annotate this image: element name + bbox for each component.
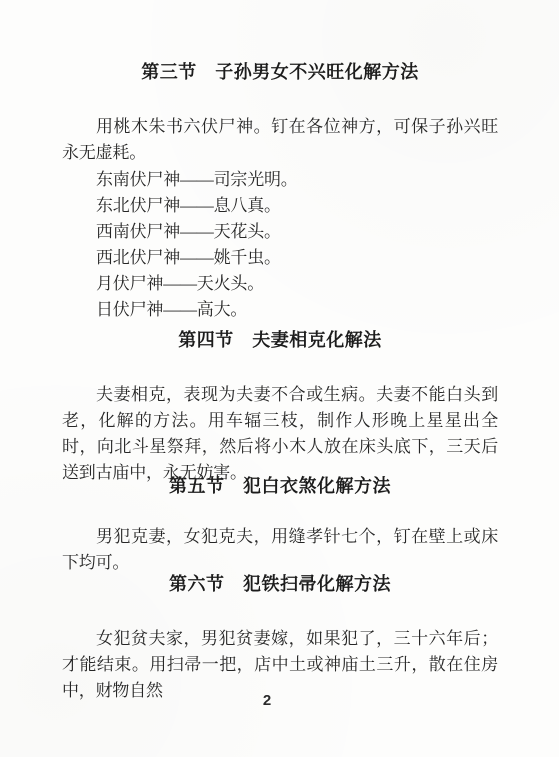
- section-3-paragraph: 用桃木朱书六伏尸神。钉在各位神方，可保子孙兴旺永无虚耗。: [62, 114, 498, 166]
- book-page: 第三节 子孙男女不兴旺化解方法 用桃木朱书六伏尸神。钉在各位神方，可保子孙兴旺永…: [0, 0, 559, 757]
- section-4-paragraph: 夫妻相克，表现为夫妻不合或生病。夫妻不能白头到老，化解的方法。用车辐三枝，制作人…: [62, 382, 498, 486]
- fushi-spirit-list: 东南伏尸神——司宗光明。 东北伏尸神——息八真。 西南伏尸神——天花头。 西北伏…: [96, 167, 298, 323]
- section-5-title: 第五节 犯白衣煞化解方法: [62, 474, 498, 498]
- section-3-title: 第三节 子孙男女不兴旺化解方法: [62, 60, 498, 84]
- list-item-northeast: 东北伏尸神——息八真。: [96, 193, 298, 219]
- list-item-northwest: 西北伏尸神——姚千虫。: [96, 245, 298, 271]
- list-item-southeast: 东南伏尸神——司宗光明。: [96, 167, 298, 193]
- list-item-day: 日伏尸神——高大。: [96, 297, 298, 323]
- section-5-paragraph: 男犯克妻，女犯克夫，用缝孝针七个，钉在壁上或床下均可。: [62, 524, 498, 576]
- section-4-title: 第四节 夫妻相克化解法: [62, 328, 498, 352]
- list-item-month: 月伏尸神——天火头。: [96, 271, 298, 297]
- page-number: 2: [62, 692, 472, 709]
- list-item-southwest: 西南伏尸神——天花头。: [96, 219, 298, 245]
- section-6-title: 第六节 犯铁扫帚化解方法: [62, 572, 498, 596]
